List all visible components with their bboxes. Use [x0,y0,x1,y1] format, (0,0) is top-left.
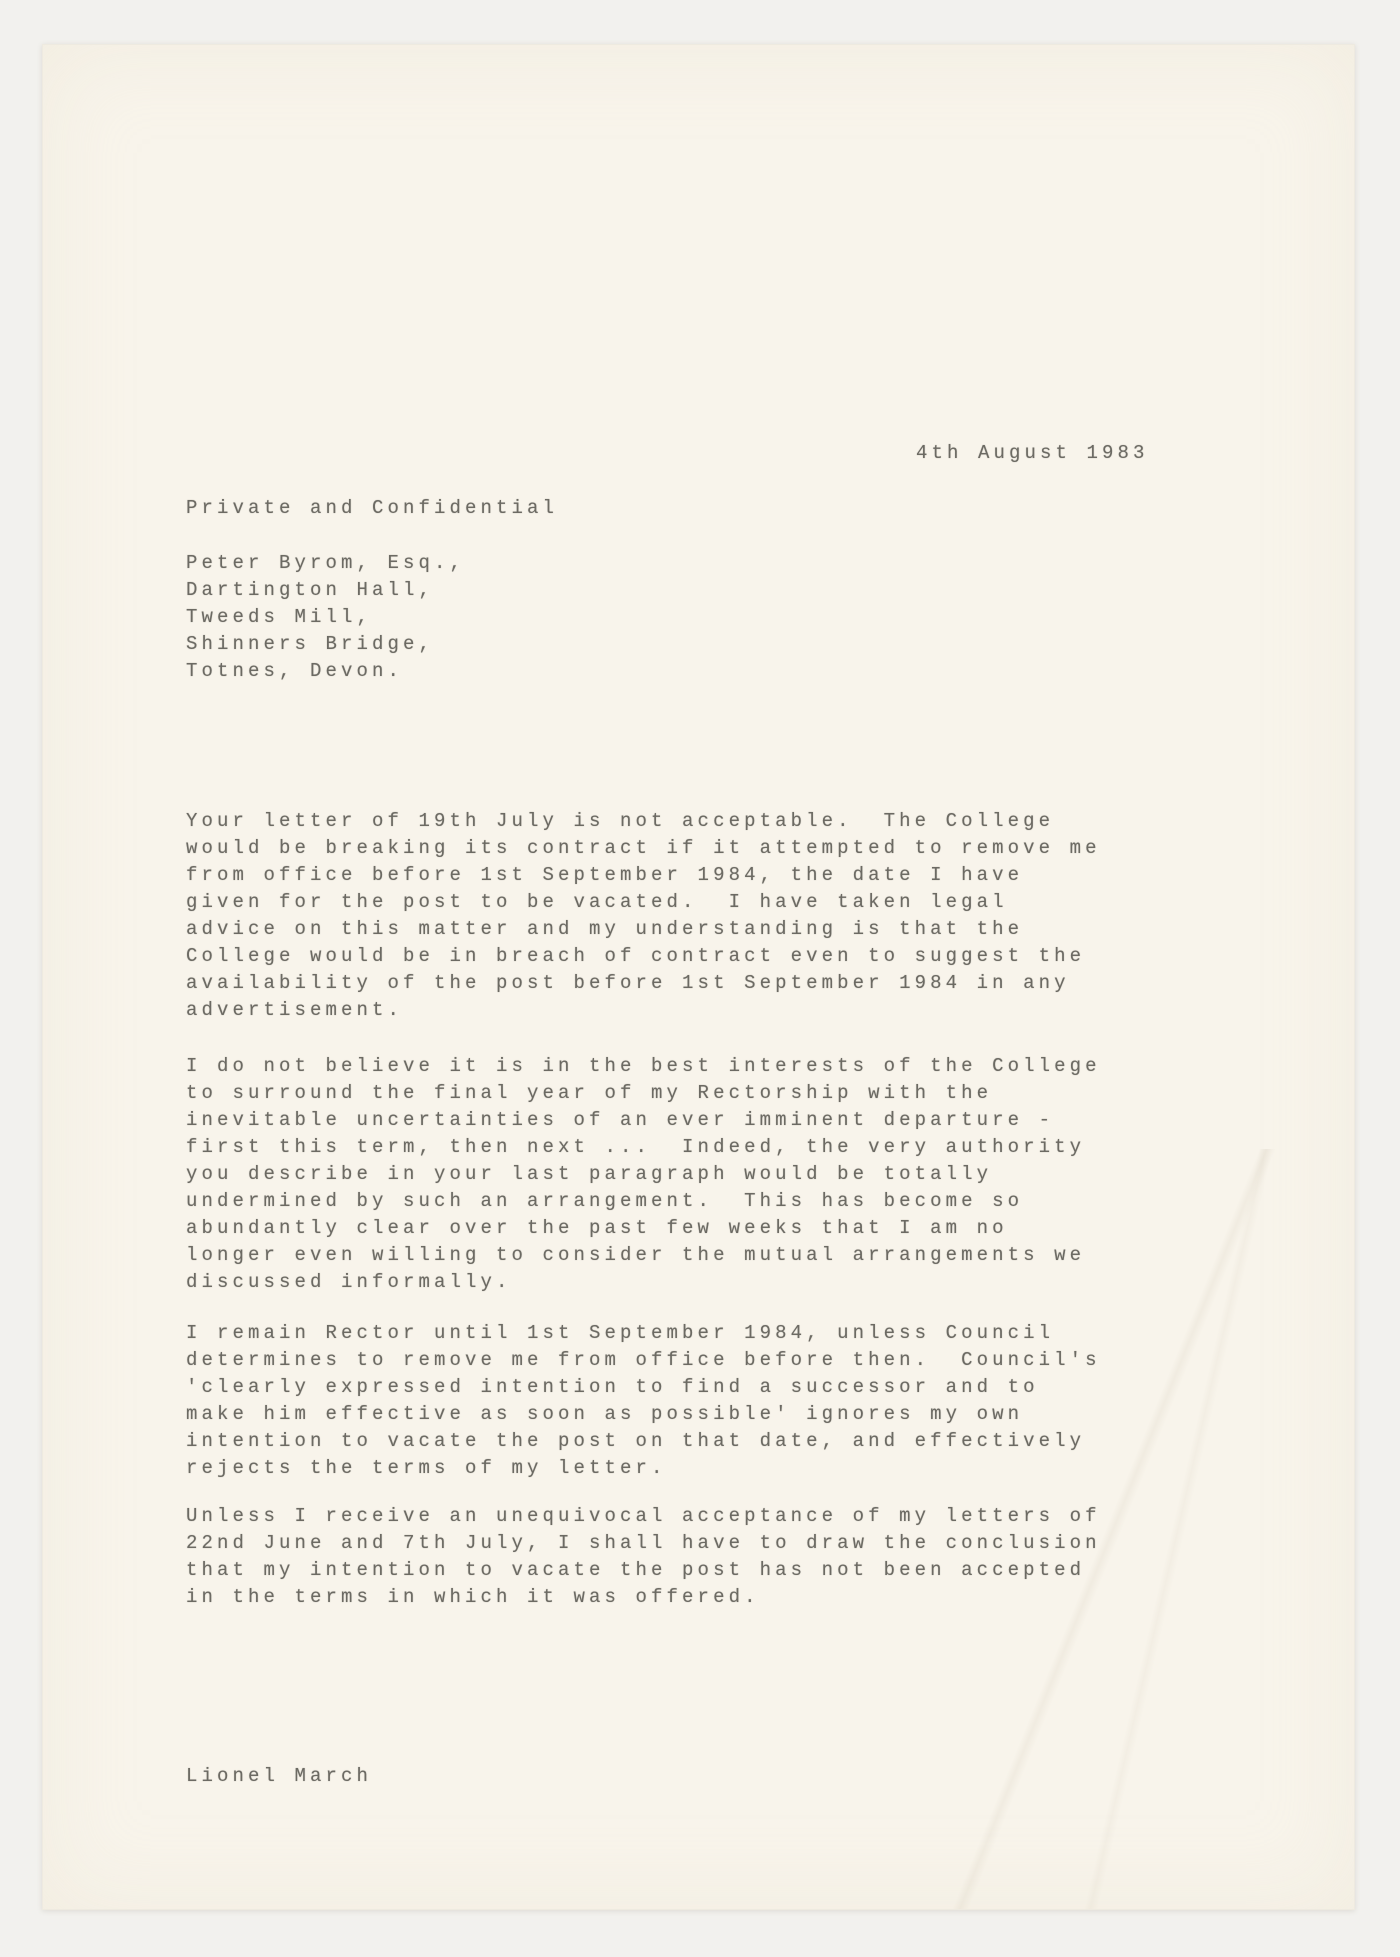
recipient-address: Peter Byrom, Esq., Dartington Hall, Twee… [186,550,465,685]
confidential-label: Private and Confidential [186,495,558,522]
letter-page: 4th August 1983 Private and Confidential… [42,44,1355,1910]
signature-name: Lionel March [186,1763,372,1790]
body-paragraph-2: I do not believe it is in the best inter… [186,1053,1101,1296]
body-paragraph-4: Unless I receive an unequivocal acceptan… [186,1503,1101,1611]
body-paragraph-1: Your letter of 19th July is not acceptab… [186,808,1101,1024]
body-paragraph-3: I remain Rector until 1st September 1984… [186,1320,1101,1482]
letter-date: 4th August 1983 [916,440,1149,467]
